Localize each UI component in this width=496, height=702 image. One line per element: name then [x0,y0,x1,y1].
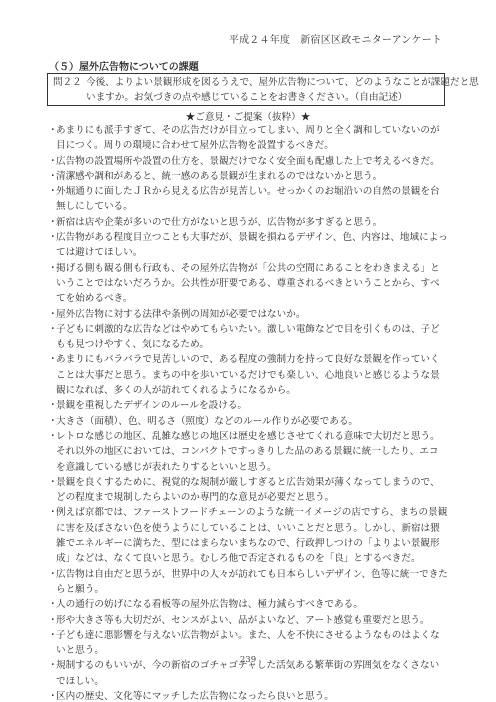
opinion-text: 景観を良くするために、視覚的な規制が厳しすぎると広告効果が薄くなってしまうので、… [56,475,448,506]
list-item: ・外堀通りに面したＪＲから見える広告が見苦しい。せっかくのお堀沿いの自然の景観を… [48,184,448,215]
opinion-text: 新宿は店や企業が多いので仕方がないと思うが、広告物が多すぎると思う。 [56,215,448,230]
bullet: ・ [48,567,58,582]
opinion-text: 広告物は自由だと思うが、世界中の人々が訪れても日本らしいデザイン、色等に統一でき… [56,567,448,598]
opinions-list: ・あまりにも派手すぎて、その広告だけが目立ってしまい、周りと全く調和していないの… [48,123,448,702]
question-number: 問２２ [53,75,82,90]
bullet: ・ [48,261,58,276]
list-item: ・レトロな感じの地区、乱雑な感じの地区は歴史を感じさせてくれる意味で大切だと思う… [48,429,448,475]
opinion-text: 大きさ（面積）、色、明るさ（照度）などのルール作りが必要である。 [56,414,448,429]
question-text: 今後、よりよい景観形成を図るうえで、屋外広告物について、どのようなことが課題だと… [86,75,440,105]
bullet: ・ [48,505,58,520]
bullet: ・ [48,475,58,490]
list-item: ・掲げる側も観る側も行政も、その屋外広告物が「公共の空間にあることをわきまえる」… [48,261,448,307]
list-item: ・人の通行の妨げになる看板等の屋外広告物は、極力減らすべきである。 [48,597,448,612]
question-box: 問２２ 今後、よりよい景観形成を図るうえで、屋外広告物について、どのようなことが… [47,73,445,106]
bullet: ・ [48,123,58,138]
section-title: （５）屋外広告物についての課題 [49,58,199,73]
list-item: ・区内の歴史、文化等にマッチした広告物になったら良いと思う。 [48,689,448,702]
list-item: ・あまりにもバラバラで見苦しいので、ある程度の強制力を持って良好な景観を作ってい… [48,352,448,398]
bullet: ・ [48,184,58,199]
opinion-text: 屋外広告物に対する法律や条例の周知が必要ではないか。 [56,307,448,322]
opinion-text: 景観を重視したデザインのルールを設ける。 [56,398,448,413]
opinion-text: 例えば京都では、ファーストフードチェーンのような統一イメージの店ですら、まちの景… [56,505,448,566]
bullet: ・ [48,597,58,612]
bullet: ・ [48,613,58,628]
list-item: ・形や大きさ等も大切だが、センスがよい、品がよいなど、アート感覚も重要だと思う。 [48,613,448,628]
bullet: ・ [48,429,58,444]
opinion-text: 外堀通りに面したＪＲから見える広告が見苦しい。せっかくのお堀沿いの自然の景観を台… [56,184,448,215]
opinion-text: あまりにも派手すぎて、その広告だけが目立ってしまい、周りと全く調和していないのが… [56,123,448,154]
opinion-text: あまりにもバラバラで見苦しいので、ある程度の強制力を持って良好な景観を作っていく… [56,352,448,398]
list-item: ・例えば京都では、ファーストフードチェーンのような統一イメージの店ですら、まちの… [48,505,448,566]
list-item: ・新宿は店や企業が多いので仕方がないと思うが、広告物が多すぎると思う。 [48,215,448,230]
bullet: ・ [48,322,58,337]
list-item: ・子どもに刺激的な広告などはやめてもらいたい。激しい電飾などで目を引くものは、子… [48,322,448,353]
page-number: 239 [0,655,496,665]
bullet: ・ [48,230,58,245]
bullet: ・ [48,154,58,169]
opinion-text: 子どもに刺激的な広告などはやめてもらいたい。激しい電飾などで目を引くものは、子ど… [56,322,448,353]
list-item: ・景観を重視したデザインのルールを設ける。 [48,398,448,413]
list-item: ・清潔感や調和があると、統一感のある景観が生まれるのではないかと思う。 [48,169,448,184]
opinion-text: 人の通行の妨げになる看板等の屋外広告物は、極力減らすべきである。 [56,597,448,612]
opinion-text: 掲げる側も観る側も行政も、その屋外広告物が「公共の空間にあることをわきまえる」と… [56,261,448,307]
list-item: ・子ども達に悪影響を与えない広告物がよい。また、人を不快にさせるようなものはよく… [48,628,448,659]
bullet: ・ [48,628,58,643]
opinion-text: レトロな感じの地区、乱雑な感じの地区は歴史を感じさせてくれる意味で大切だと思う。… [56,429,448,475]
list-item: ・広告物は自由だと思うが、世界中の人々が訪れても日本らしいデザイン、色等に統一で… [48,567,448,598]
bullet: ・ [48,689,58,702]
list-item: ・広告物がある程度目立つことも大事だが、景観を損ねるデザイン、色、内容は、地域に… [48,230,448,261]
bullet: ・ [48,307,58,322]
opinions-heading: ★ご意見・ご提案（抜粋）★ [0,109,496,123]
opinion-text: 区内の歴史、文化等にマッチした広告物になったら良いと思う。 [56,689,448,702]
question-line-2: いますか。お気づきの点や感じていることをお書きください。（自由記述） [86,90,440,105]
bullet: ・ [48,414,58,429]
question-line-1: 今後、よりよい景観形成を図るうえで、屋外広告物について、どのようなことが課題だと… [86,75,440,90]
list-item: ・広告物の設置場所や設置の仕方を、景観だけでなく安全面も配慮した上で考えるべきだ… [48,154,448,169]
opinion-text: 子ども達に悪影響を与えない広告物がよい。また、人を不快にさせるようなものはよくな… [56,628,448,659]
bullet: ・ [48,398,58,413]
opinion-text: 形や大きさ等も大切だが、センスがよい、品がよいなど、アート感覚も重要だと思う。 [56,613,448,628]
list-item: ・屋外広告物に対する法律や条例の周知が必要ではないか。 [48,307,448,322]
list-item: ・景観を良くするために、視覚的な規制が厳しすぎると広告効果が薄くなってしまうので… [48,475,448,506]
list-item: ・大きさ（面積）、色、明るさ（照度）などのルール作りが必要である。 [48,414,448,429]
bullet: ・ [48,169,58,184]
bullet: ・ [48,352,58,367]
opinion-text: 広告物の設置場所や設置の仕方を、景観だけでなく安全面も配慮した上で考えるべきだ。 [56,154,448,169]
bullet: ・ [48,215,58,230]
list-item: ・あまりにも派手すぎて、その広告だけが目立ってしまい、周りと全く調和していないの… [48,123,448,154]
opinion-text: 広告物がある程度目立つことも大事だが、景観を損ねるデザイン、色、内容は、地域によ… [56,230,448,261]
opinion-text: 清潔感や調和があると、統一感のある景観が生まれるのではないかと思う。 [56,169,448,184]
document-header: 平成２４年度 新宿区区政モニターアンケート [229,31,442,46]
